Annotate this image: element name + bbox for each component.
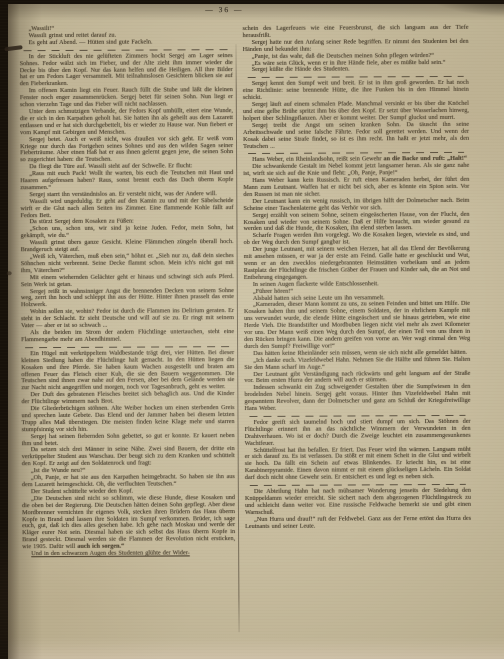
- paragraph: Die Abteilung Hahn hat nach mühsamer Wan…: [245, 488, 471, 517]
- paragraph: Als die beiden im Strom der andern Flüch…: [21, 329, 234, 344]
- paragraph: „Kameraden, dieser Mann kommt zu uns, zu…: [244, 301, 470, 351]
- paragraph: Ein Hügel mit verkrüppeltem Waldbestande…: [21, 350, 234, 393]
- margin-smudge: [7, 271, 12, 275]
- paragraph: „Die Deutschen sind nicht so schlimm, wi…: [22, 495, 235, 551]
- paragraph: „Weiß ich, Väterchen, muß eben sein,“ hö…: [21, 253, 234, 275]
- paragraph: Sergej treibt die Angst um seinen kranke…: [243, 122, 469, 151]
- section-separator: [245, 481, 471, 489]
- paragraph: Der junge Leutnant, mit seinem weichen H…: [244, 246, 470, 282]
- left-column: „Wassili!“ Wassili grinst und reitet dar…: [19, 25, 235, 558]
- paragraph: Sergej betet. Auch er weiß nicht, was dr…: [20, 136, 233, 165]
- paragraph: Sergej kennt den Sumpf weit und breit. E…: [243, 80, 469, 102]
- paragraph: Sergej hatte nur den Anfang seiner Rede …: [242, 39, 468, 54]
- page-scan: — 36 — „Wassili!“ Wassili grinst und rei…: [0, 0, 504, 659]
- underlined-line: Und in den schwarzen Augen des Studenten…: [22, 550, 235, 558]
- section-separator: [243, 73, 469, 81]
- paragraph: In der Stickluft des nie gelüfteten Zimm…: [20, 53, 233, 89]
- paragraph: Die Gliederbrüchigen stöhnen. Alte Weibe…: [21, 405, 234, 434]
- paragraph: Sergej reißt in wahnsinniger Angst die b…: [21, 288, 234, 310]
- right-column: schein des Lagerfeuers wie eine Feuersbr…: [242, 25, 471, 531]
- paragraph: Schüttelfrost hat ihn befallen. Er frier…: [245, 446, 471, 482]
- page-number: — 36 —: [0, 4, 450, 15]
- paragraph: Unter dem schmutzigen Verbande, der Fedo…: [20, 108, 233, 137]
- paragraph: „Raus mit euch Pack! Wollt ihr warten, b…: [20, 170, 233, 192]
- paragraph: Indessen schwankt ein Zug schweigender G…: [244, 384, 470, 413]
- section-separator: [20, 46, 233, 54]
- paragraph: „Nun Hurra und drauf!“ ruft der Feldwebe…: [245, 516, 471, 531]
- column-divider: [236, 44, 240, 632]
- paragraph: Wassili wird ungeduldig. Er geht auf den…: [20, 198, 233, 220]
- paragraph: Im offenen Kamin liegt ein Feuer. Rauch …: [20, 87, 233, 109]
- paragraph: Hans Weber kann kein Russisch. Er ruft e…: [243, 177, 469, 199]
- paragraph: Fedor greift sich taumelnd hoch und stie…: [244, 419, 470, 448]
- section-separator: [243, 149, 469, 157]
- paragraph: Da setzen sich drei Männer in seine Nähe…: [22, 447, 235, 469]
- page-content: — 36 — „Wassili!“ Wassili grinst und rei…: [0, 0, 504, 659]
- paragraph-text: „Die Deutschen sind nicht so schlimm, wi…: [22, 494, 235, 550]
- paragraph: Sergej läuft auf einem schmalen Pfade. M…: [243, 101, 469, 123]
- paragraph: Wohin sollen sie, wohin? Fedor ist durch…: [21, 308, 234, 330]
- section-separator: [21, 343, 234, 351]
- section-separator: [244, 412, 470, 420]
